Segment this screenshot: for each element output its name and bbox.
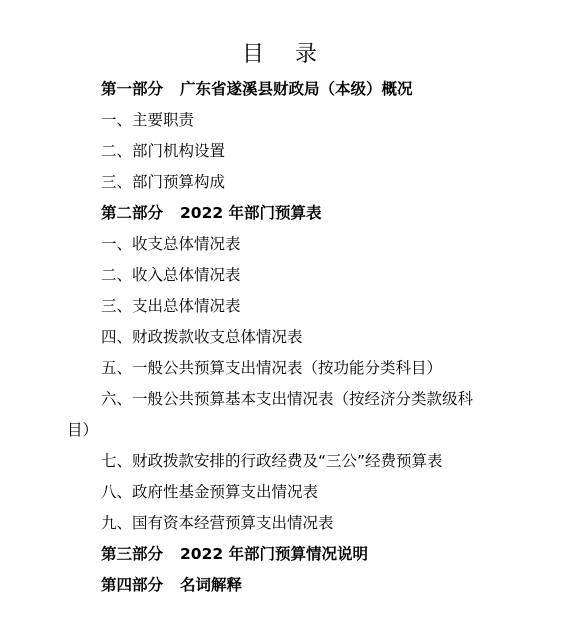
toc-part-1[interactable]: 第一部分广东省遂溪县财政局（本级）概况 [101, 78, 413, 100]
toc-item[interactable]: 一、收支总体情况表 [101, 233, 241, 255]
part-number: 第四部分 [101, 574, 163, 596]
part-title: 2022 年部门预算表 [180, 204, 322, 222]
toc-item[interactable]: 九、国有资本经营预算支出情况表 [101, 512, 334, 534]
toc-item[interactable]: 三、部门预算构成 [101, 171, 225, 193]
toc-item[interactable]: 五、一般公共预算支出情况表（按功能分类科目） [101, 357, 442, 379]
page-title: 目 录 [0, 40, 561, 70]
toc-item[interactable]: 七、财政拨款安排的行政经费及“三公”经费预算表 [101, 450, 443, 472]
toc-item-continuation[interactable]: 目） [67, 419, 98, 441]
part-number: 第二部分 [101, 202, 163, 224]
toc-part-3[interactable]: 第三部分2022 年部门预算情况说明 [101, 543, 368, 565]
toc-part-2[interactable]: 第二部分2022 年部门预算表 [101, 202, 322, 224]
toc-item[interactable]: 三、支出总体情况表 [101, 295, 241, 317]
part-number: 第一部分 [101, 78, 163, 100]
toc-item[interactable]: 六、一般公共预算基本支出情况表（按经济分类款级科 [101, 388, 473, 410]
toc-part-4[interactable]: 第四部分名词解释 [101, 574, 242, 596]
part-number: 第三部分 [101, 543, 163, 565]
part-title: 广东省遂溪县财政局（本级）概况 [180, 80, 413, 98]
toc-item[interactable]: 八、政府性基金预算支出情况表 [101, 481, 318, 503]
toc-item[interactable]: 四、财政拨款收支总体情况表 [101, 326, 303, 348]
toc-item[interactable]: 二、收入总体情况表 [101, 264, 241, 286]
part-title: 2022 年部门预算情况说明 [180, 545, 368, 563]
toc-item[interactable]: 一、主要职责 [101, 109, 194, 131]
part-title: 名词解释 [180, 576, 242, 594]
toc-item[interactable]: 二、部门机构设置 [101, 140, 225, 162]
